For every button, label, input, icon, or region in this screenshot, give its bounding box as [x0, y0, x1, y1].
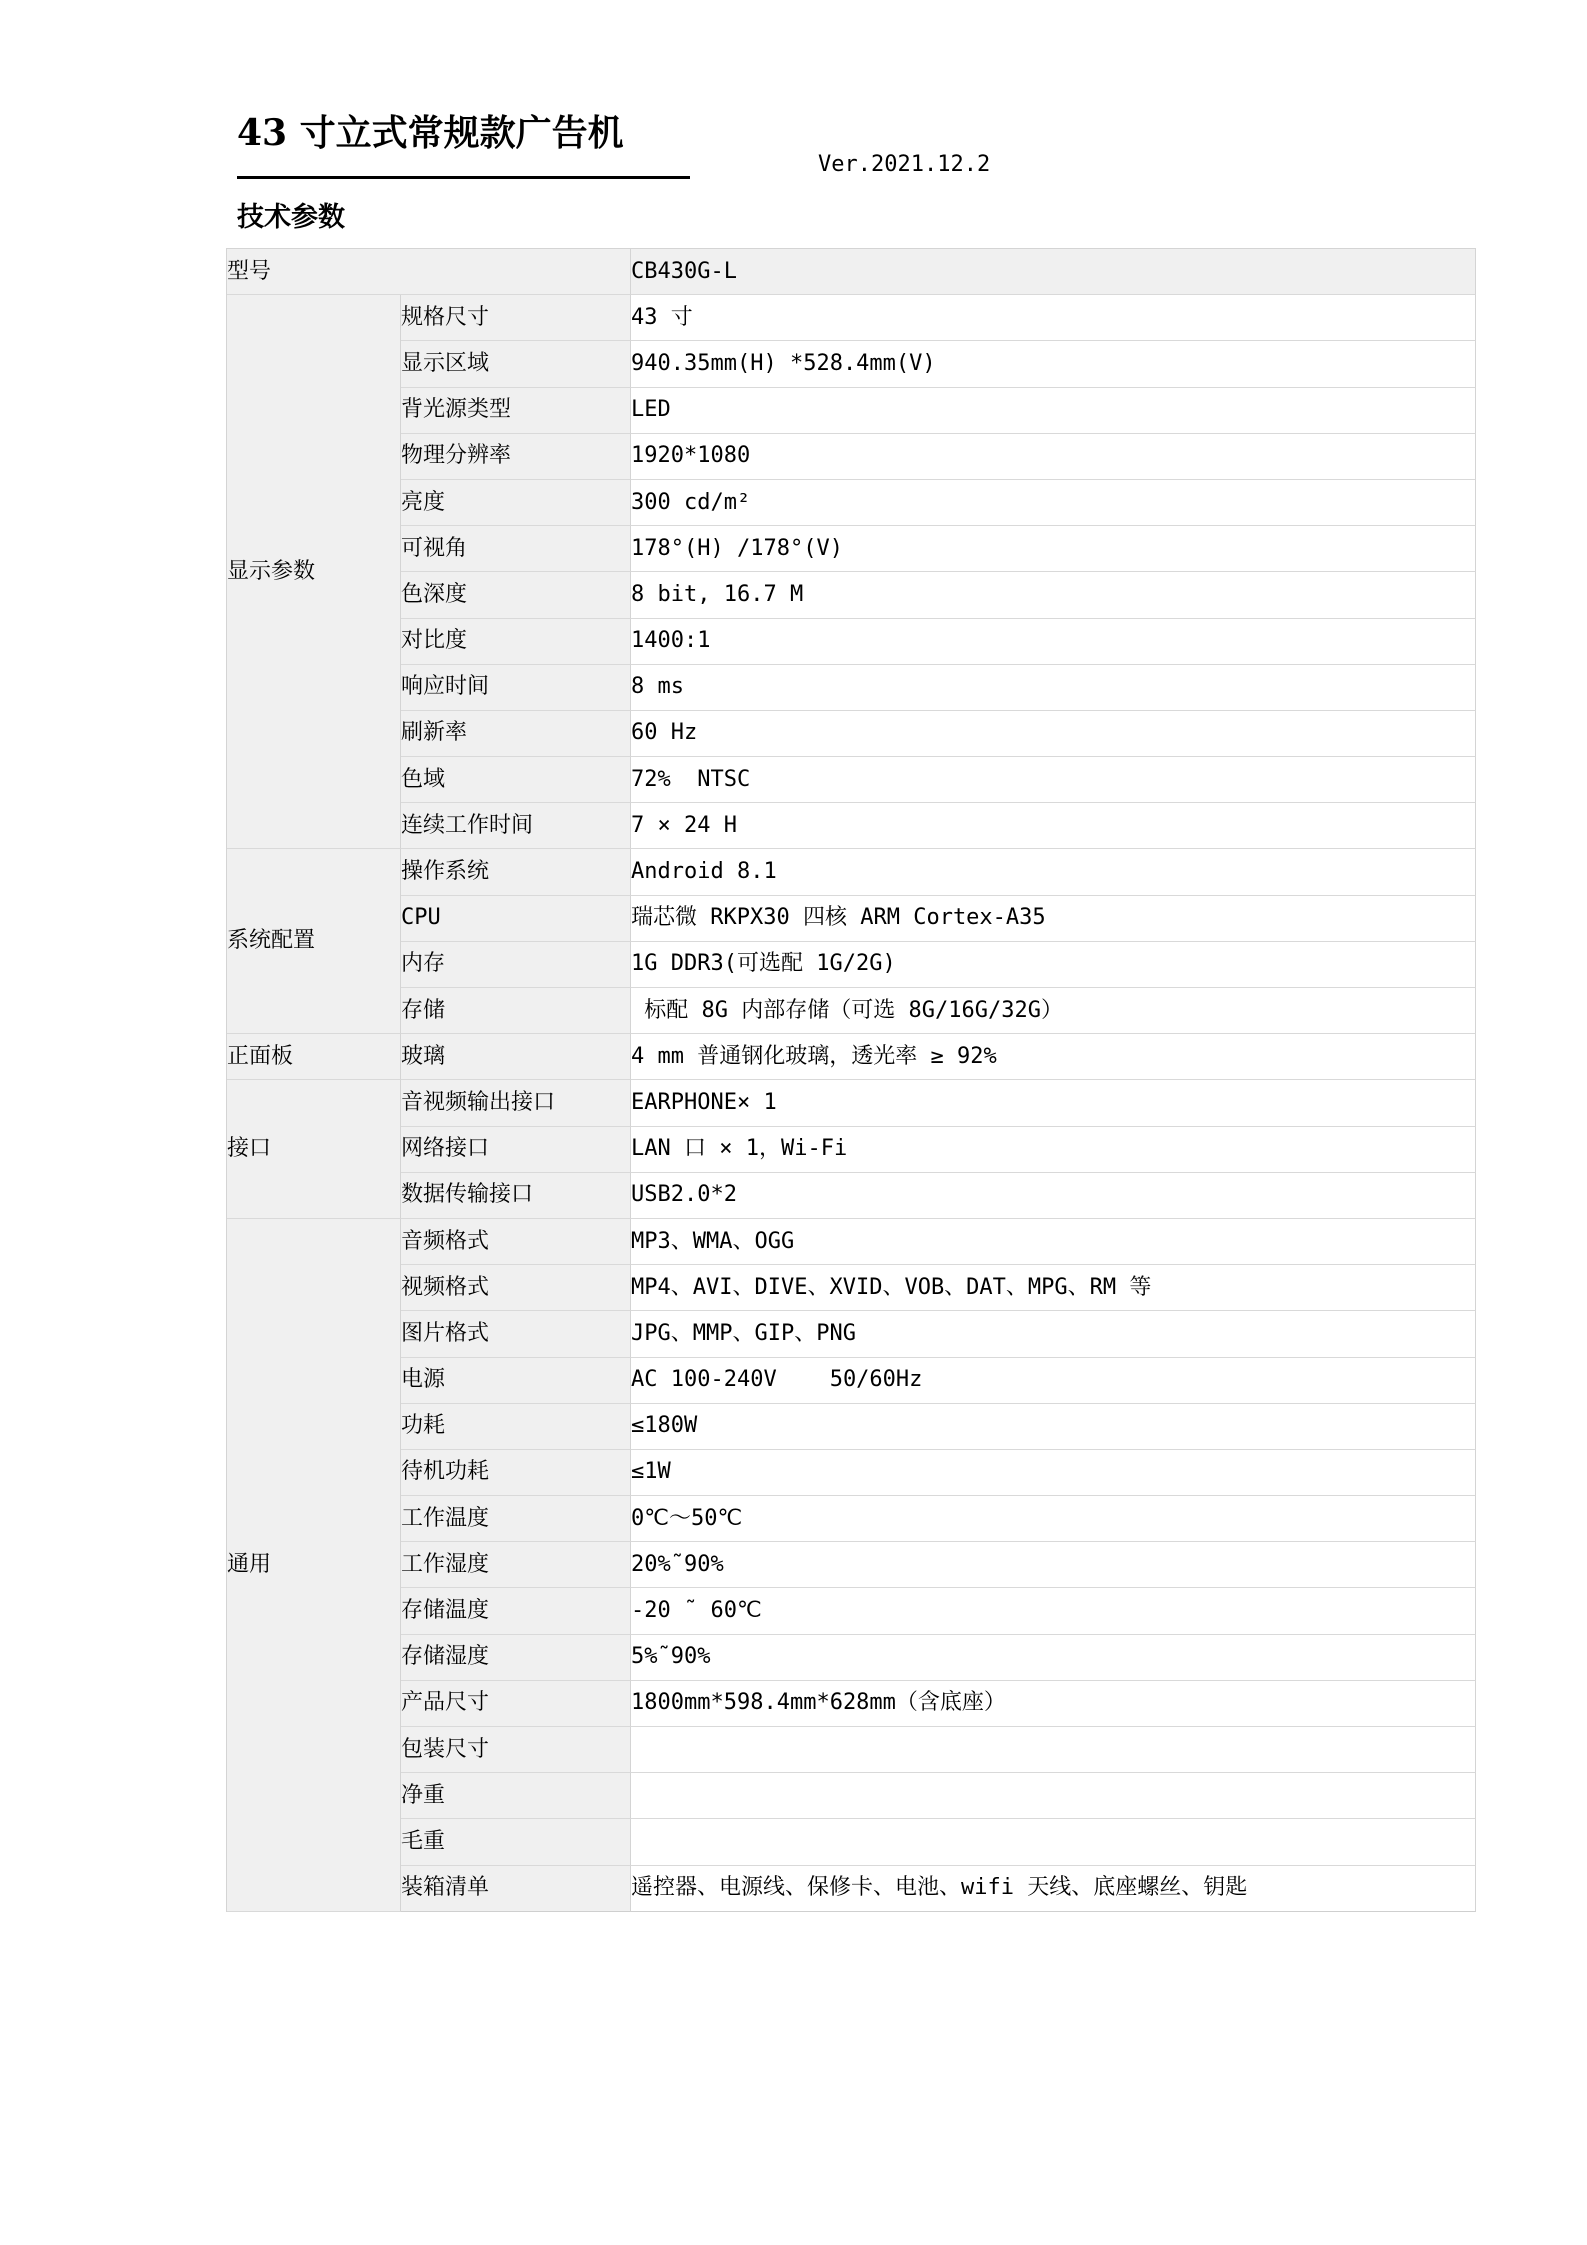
spec-row: 内存1G DDR3(可选配 1G/2G)	[227, 942, 1476, 988]
spec-value-cell: 5%˜90%	[631, 1635, 1476, 1681]
spec-value-cell: USB2.0*2	[631, 1173, 1476, 1219]
spec-label-cell: 亮度	[401, 480, 631, 526]
spec-value-cell: 8 ms	[631, 665, 1476, 711]
spec-label-cell: 可视角	[401, 526, 631, 572]
spec-value-cell: 0℃～50℃	[631, 1496, 1476, 1542]
spec-value-cell: LED	[631, 388, 1476, 434]
spec-label-cell: 对比度	[401, 619, 631, 665]
spec-value-cell: 300 cd/m²	[631, 480, 1476, 526]
spec-label-cell: 数据传输接口	[401, 1173, 631, 1219]
spec-label-cell: 装箱清单	[401, 1866, 631, 1912]
document-page: 43 寸立式常规款广告机 Ver.2021.12.2 技术参数 型号 CB430…	[0, 0, 1587, 2245]
spec-label-cell: 图片格式	[401, 1311, 631, 1357]
spec-value-cell	[631, 1727, 1476, 1773]
spec-row: 背光源类型LED	[227, 388, 1476, 434]
spec-label-cell: 工作湿度	[401, 1542, 631, 1588]
model-label-cell: 型号	[227, 249, 631, 295]
spec-value-cell: ≤180W	[631, 1404, 1476, 1450]
spec-label-cell: 存储温度	[401, 1588, 631, 1634]
spec-row: 存储湿度5%˜90%	[227, 1635, 1476, 1681]
spec-label-cell: 显示区域	[401, 341, 631, 387]
spec-row: 功耗≤180W	[227, 1404, 1476, 1450]
spec-row: 待机功耗≤1W	[227, 1450, 1476, 1496]
spec-row: 工作温度0℃～50℃	[227, 1496, 1476, 1542]
spec-value-cell: 4 mm 普通钢化玻璃，透光率 ≥ 92%	[631, 1034, 1476, 1080]
spec-row: 系统配置操作系统Android 8.1	[227, 849, 1476, 895]
spec-row: 数据传输接口USB2.0*2	[227, 1173, 1476, 1219]
spec-label-cell: 待机功耗	[401, 1450, 631, 1496]
spec-label-cell: 视频格式	[401, 1265, 631, 1311]
spec-label-cell: 包装尺寸	[401, 1727, 631, 1773]
spec-value-cell: MP4、AVI、DIVE、XVID、VOB、DAT、MPG、RM 等	[631, 1265, 1476, 1311]
spec-label-cell: CPU	[401, 896, 631, 942]
spec-label-cell: 物理分辨率	[401, 434, 631, 480]
spec-value-cell: AC 100-240V 50/60Hz	[631, 1358, 1476, 1404]
spec-value-cell: 瑞芯微 RKPX30 四核 ARM Cortex-A35	[631, 896, 1476, 942]
spec-value-cell: 8 bit, 16.7 M	[631, 572, 1476, 618]
category-cell: 显示参数	[227, 295, 401, 849]
spec-value-cell: 43 寸	[631, 295, 1476, 341]
spec-value-cell: 1G DDR3(可选配 1G/2G)	[631, 942, 1476, 988]
spec-row: 装箱清单遥控器、电源线、保修卡、电池、wifi 天线、底座螺丝、钥匙	[227, 1866, 1476, 1912]
spec-row: 通用音频格式MP3、WMA、OGG	[227, 1219, 1476, 1265]
spec-value-cell: 7 × 24 H	[631, 803, 1476, 849]
spec-row: 网络接口LAN 口 × 1，Wi-Fi	[227, 1127, 1476, 1173]
spec-row: 刷新率60 Hz	[227, 711, 1476, 757]
spec-value-cell: 1800mm*598.4mm*628mm（含底座）	[631, 1681, 1476, 1727]
spec-row: 电源AC 100-240V 50/60Hz	[227, 1358, 1476, 1404]
section-heading: 技术参数	[237, 201, 345, 235]
spec-row: 工作湿度20%˜90%	[227, 1542, 1476, 1588]
spec-label-cell: 玻璃	[401, 1034, 631, 1080]
spec-value-cell: 178°(H) /178°(V)	[631, 526, 1476, 572]
spec-table-body: 型号 CB430G-L 显示参数规格尺寸43 寸显示区域940.35mm(H) …	[227, 249, 1476, 1912]
spec-value-cell: 72% NTSC	[631, 757, 1476, 803]
spec-row: 连续工作时间7 × 24 H	[227, 803, 1476, 849]
spec-value-cell: ≤1W	[631, 1450, 1476, 1496]
spec-row: 净重	[227, 1773, 1476, 1819]
spec-value-cell: 60 Hz	[631, 711, 1476, 757]
spec-value-cell: -20 ˜ 60℃	[631, 1588, 1476, 1634]
spec-label-cell: 存储湿度	[401, 1635, 631, 1681]
spec-row: 存储 标配 8G 内部存储（可选 8G/16G/32G）	[227, 988, 1476, 1034]
model-row: 型号 CB430G-L	[227, 249, 1476, 295]
spec-label-cell: 电源	[401, 1358, 631, 1404]
spec-row: 产品尺寸1800mm*598.4mm*628mm（含底座）	[227, 1681, 1476, 1727]
spec-label-cell: 操作系统	[401, 849, 631, 895]
spec-value-cell: 20%˜90%	[631, 1542, 1476, 1588]
spec-value-cell: 遥控器、电源线、保修卡、电池、wifi 天线、底座螺丝、钥匙	[631, 1866, 1476, 1912]
spec-row: 色深度8 bit, 16.7 M	[227, 572, 1476, 618]
spec-value-cell: 940.35mm(H) *528.4mm(V)	[631, 341, 1476, 387]
spec-row: 物理分辨率1920*1080	[227, 434, 1476, 480]
spec-label-cell: 功耗	[401, 1404, 631, 1450]
spec-label-cell: 毛重	[401, 1819, 631, 1865]
spec-table: 型号 CB430G-L 显示参数规格尺寸43 寸显示区域940.35mm(H) …	[226, 248, 1476, 1912]
category-cell: 通用	[227, 1219, 401, 1912]
spec-row: 可视角178°(H) /178°(V)	[227, 526, 1476, 572]
spec-label-cell: 产品尺寸	[401, 1681, 631, 1727]
spec-value-cell: 标配 8G 内部存储（可选 8G/16G/32G）	[631, 988, 1476, 1034]
spec-label-cell: 连续工作时间	[401, 803, 631, 849]
spec-value-cell: 1400:1	[631, 619, 1476, 665]
model-value-cell: CB430G-L	[631, 249, 1476, 295]
spec-row: 正面板玻璃4 mm 普通钢化玻璃，透光率 ≥ 92%	[227, 1034, 1476, 1080]
spec-value-cell: 1920*1080	[631, 434, 1476, 480]
spec-label-cell: 规格尺寸	[401, 295, 631, 341]
spec-row: 包装尺寸	[227, 1727, 1476, 1773]
spec-row: 色域72% NTSC	[227, 757, 1476, 803]
spec-value-cell: Android 8.1	[631, 849, 1476, 895]
spec-row: CPU瑞芯微 RKPX30 四核 ARM Cortex-A35	[227, 896, 1476, 942]
spec-label-cell: 内存	[401, 942, 631, 988]
spec-row: 接口音视频输出接口EARPHONE× 1	[227, 1080, 1476, 1126]
spec-label-cell: 色域	[401, 757, 631, 803]
version-label: Ver.2021.12.2	[818, 150, 990, 180]
spec-value-cell: LAN 口 × 1，Wi-Fi	[631, 1127, 1476, 1173]
spec-row: 视频格式MP4、AVI、DIVE、XVID、VOB、DAT、MPG、RM 等	[227, 1265, 1476, 1311]
title-underline	[237, 176, 690, 179]
spec-label-cell: 网络接口	[401, 1127, 631, 1173]
spec-row: 毛重	[227, 1819, 1476, 1865]
spec-value-cell	[631, 1773, 1476, 1819]
spec-label-cell: 音视频输出接口	[401, 1080, 631, 1126]
spec-label-cell: 工作温度	[401, 1496, 631, 1542]
spec-label-cell: 背光源类型	[401, 388, 631, 434]
spec-label-cell: 刷新率	[401, 711, 631, 757]
spec-value-cell: JPG、MMP、GIP、PNG	[631, 1311, 1476, 1357]
spec-row: 亮度300 cd/m²	[227, 480, 1476, 526]
spec-value-cell: MP3、WMA、OGG	[631, 1219, 1476, 1265]
spec-label-cell: 存储	[401, 988, 631, 1034]
category-cell: 正面板	[227, 1034, 401, 1080]
category-cell: 系统配置	[227, 849, 401, 1034]
page-title: 43 寸立式常规款广告机	[237, 110, 624, 156]
spec-value-cell: EARPHONE× 1	[631, 1080, 1476, 1126]
spec-row: 存储温度-20 ˜ 60℃	[227, 1588, 1476, 1634]
spec-label-cell: 色深度	[401, 572, 631, 618]
category-cell: 接口	[227, 1080, 401, 1219]
spec-row: 显示参数规格尺寸43 寸	[227, 295, 1476, 341]
spec-label-cell: 音频格式	[401, 1219, 631, 1265]
spec-row: 显示区域940.35mm(H) *528.4mm(V)	[227, 341, 1476, 387]
spec-row: 图片格式JPG、MMP、GIP、PNG	[227, 1311, 1476, 1357]
spec-row: 响应时间8 ms	[227, 665, 1476, 711]
spec-label-cell: 净重	[401, 1773, 631, 1819]
spec-label-cell: 响应时间	[401, 665, 631, 711]
spec-value-cell	[631, 1819, 1476, 1865]
spec-row: 对比度1400:1	[227, 619, 1476, 665]
